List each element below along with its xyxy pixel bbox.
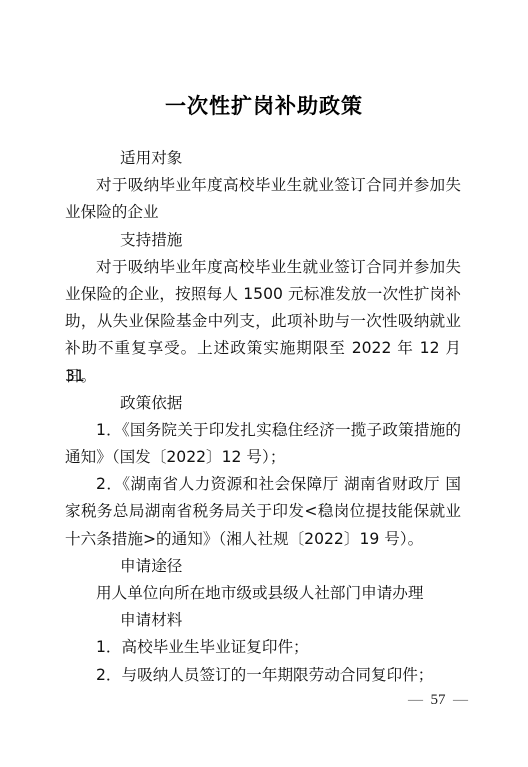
document-page: 一次性扩岗补助政策 适用对象 对于吸纳毕业年度高校毕业生就业签订合同并参加失 业… xyxy=(0,0,528,767)
paragraph-line: 补助不重复享受。上述政策实施期限至 2022 年 12 月 31 xyxy=(65,335,461,362)
paragraph-line: 业保险的企业 xyxy=(65,199,461,226)
page-title: 一次性扩岗补助政策 xyxy=(0,90,528,120)
material-item-2: 2．与吸纳人员签订的一年期限劳动合同复印件； xyxy=(65,662,461,689)
section-heading-support-measures: 支持措施 xyxy=(65,227,461,254)
policy-reference-1-cont: 通知》（国发〔2022〕12 号）； xyxy=(65,444,461,471)
page-number: — 57 — xyxy=(408,692,468,709)
page-number-value: 57 xyxy=(431,692,446,708)
policy-reference-2-cont: 家税务总局湖南省税务局关于印发<稳岗位提技能保就业 xyxy=(65,498,461,525)
paragraph-line: 日。 xyxy=(65,363,461,390)
section-heading-application-channel: 申请途径 xyxy=(65,553,461,580)
policy-reference-2: 2．《湖南省人力资源和社会保障厅 湖南省财政厅 国 xyxy=(65,471,461,498)
paragraph-line: 用人单位向所在地市级或县级人社部门申请办理 xyxy=(65,580,461,607)
page-number-dash-right: — xyxy=(453,692,468,708)
section-heading-policy-basis: 政策依据 xyxy=(65,390,461,417)
page-number-dash-left: — xyxy=(408,692,423,708)
section-heading-application-materials: 申请材料 xyxy=(65,607,461,634)
paragraph-line: 业保险的企业，按照每人 1500 元标准发放一次性扩岗补 xyxy=(65,281,461,308)
paragraph-line: 对于吸纳毕业年度高校毕业生就业签订合同并参加失 xyxy=(65,254,461,281)
paragraph-line: 对于吸纳毕业年度高校毕业生就业签订合同并参加失 xyxy=(65,172,461,199)
policy-reference-1: 1．《国务院关于印发扎实稳住经济一揽子政策措施的 xyxy=(65,417,461,444)
paragraph-line: 助，从失业保险基金中列支，此项补助与一次性吸纳就业 xyxy=(65,308,461,335)
material-item-1: 1．高校毕业生毕业证复印件； xyxy=(65,634,461,661)
document-body: 适用对象 对于吸纳毕业年度高校毕业生就业签订合同并参加失 业保险的企业 支持措施… xyxy=(65,145,461,689)
section-heading-applicable-targets: 适用对象 xyxy=(65,145,461,172)
policy-reference-2-cont: 十六条措施>的通知》（湘人社规〔2022〕19 号）。 xyxy=(65,526,461,553)
